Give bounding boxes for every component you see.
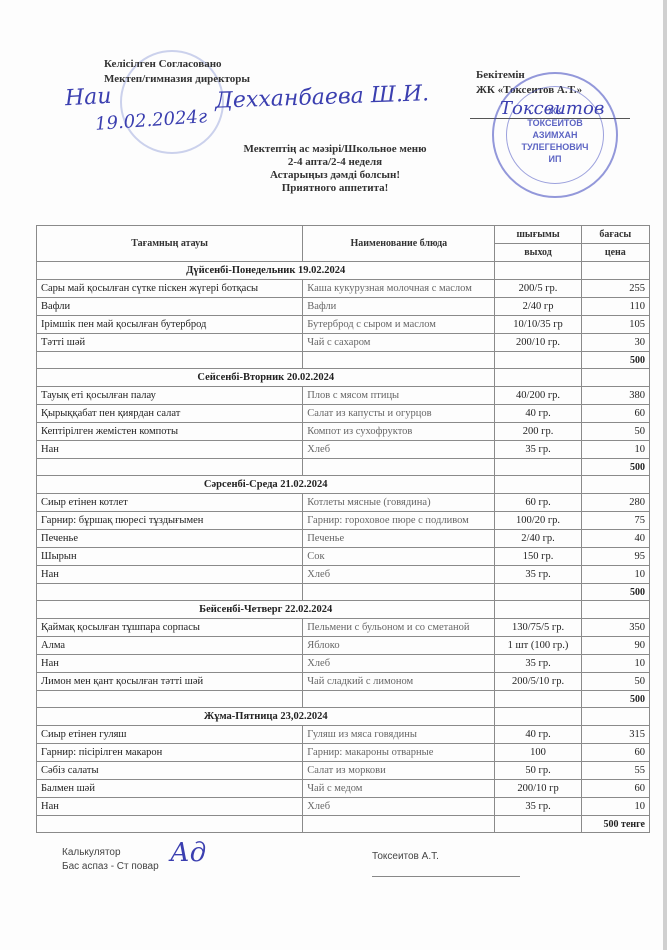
day-total-row: 500 xyxy=(37,459,650,476)
day-title: Сәрсенбі-Среда 21.02.2024 xyxy=(37,476,495,494)
table-row: Тауық еті қосылған палауПлов с мясом пти… xyxy=(37,387,650,405)
dish-name-kz: Гарнир: бұршақ пюресі тұздығымен xyxy=(37,512,303,530)
dish-name-kz: Сары май қосылған сүтке піскен жүгері бо… xyxy=(37,280,303,298)
chef-signature: Ад xyxy=(170,838,206,868)
day-header-row: Жұма-Пятница 23,02.2024 xyxy=(37,708,650,726)
table-row: Қырыққабат пен қиярдан салатСалат из кап… xyxy=(37,405,650,423)
dish-output: 40/200 гр. xyxy=(495,387,581,405)
dish-output: 200/10 гр. xyxy=(495,334,581,352)
table-row: Қаймақ қосылған тұшпара сорпасыПельмени … xyxy=(37,619,650,637)
dish-output: 10/10/35 гр xyxy=(495,316,581,334)
dish-output: 2/40 гр xyxy=(495,298,581,316)
table-row: Сиыр етінен котлетКотлеты мясные (говяди… xyxy=(37,494,650,512)
table-row: Сары май қосылған сүтке піскен жүгері бо… xyxy=(37,280,650,298)
dish-price: 105 xyxy=(581,316,649,334)
day-total-row: 500 xyxy=(37,352,650,369)
header-kz-name: Тағамның атауы xyxy=(37,226,303,262)
dish-price: 55 xyxy=(581,762,649,780)
header-price-ru: цена xyxy=(581,244,649,262)
dish-name-kz: Нан xyxy=(37,798,303,816)
dish-name-ru: Хлеб xyxy=(303,566,495,584)
scan-edge xyxy=(663,0,667,950)
dish-name-kz: Қырыққабат пен қиярдан салат xyxy=(37,405,303,423)
dish-name-ru: Котлеты мясные (говядина) xyxy=(303,494,495,512)
dish-price: 350 xyxy=(581,619,649,637)
dish-price: 280 xyxy=(581,494,649,512)
dish-name-kz: Нан xyxy=(37,655,303,673)
dish-name-kz: Ірімшік пен май қосылған бутерброд xyxy=(37,316,303,334)
table-row: Сәбіз салатыСалат из моркови50 гр.55 xyxy=(37,762,650,780)
dish-price: 60 xyxy=(581,744,649,762)
dish-name-kz: Кептірілген жемістен компоты xyxy=(37,423,303,441)
agreed-block: Келісілген Согласовано Мектеп/гимназия д… xyxy=(104,57,250,87)
dish-name-kz: Тауық еті қосылған палау xyxy=(37,387,303,405)
header-price-kz: бағасы xyxy=(581,226,649,244)
company-stamp: ЖК ТОКСЕИТОВ АЗИМХАН ТУЛЕГЕНОВИЧ ИП xyxy=(492,72,618,198)
header-output-kz: шығымы xyxy=(495,226,581,244)
table-row: НанХлеб35 гр.10 xyxy=(37,441,650,459)
day-header-row: Сейсенбі-Вторник 20.02.2024 xyxy=(37,369,650,387)
day-total-row: 500 xyxy=(37,584,650,601)
day-title: Сейсенбі-Вторник 20.02.2024 xyxy=(37,369,495,387)
approver-signature: Токсеитов xyxy=(500,98,604,119)
table-row: Гарнир: бұршақ пюресі тұздығыменГарнир: … xyxy=(37,512,650,530)
dish-price: 30 xyxy=(581,334,649,352)
dish-output: 100/20 гр. xyxy=(495,512,581,530)
dish-name-ru: Гуляш из мяса говядины xyxy=(303,726,495,744)
greeting-ru: Приятного аппетита! xyxy=(200,182,470,195)
dish-price: 50 xyxy=(581,423,649,441)
footer-name: Токсеитов А.Т. xyxy=(372,851,439,862)
agreed-label: Келісілген Согласовано xyxy=(104,57,250,72)
dish-price: 75 xyxy=(581,512,649,530)
day-total: 500 xyxy=(581,691,649,708)
dish-price: 90 xyxy=(581,637,649,655)
menu-title: Мектептің ас мәзірі/Школьное меню 2-4 ап… xyxy=(200,143,470,195)
table-row: НанХлеб35 гр.10 xyxy=(37,566,650,584)
dish-output: 200/5/10 гр. xyxy=(495,673,581,691)
dish-output: 150 гр. xyxy=(495,548,581,566)
table-row: ВафлиВафли2/40 гр110 xyxy=(37,298,650,316)
table-row: Тәтті шәйЧай с сахаром200/10 гр.30 xyxy=(37,334,650,352)
dish-output: 35 гр. xyxy=(495,441,581,459)
day-total: 500 xyxy=(581,352,649,369)
table-row: ПеченьеПеченье2/40 гр.40 xyxy=(37,530,650,548)
dish-price: 315 xyxy=(581,726,649,744)
dish-output: 35 гр. xyxy=(495,566,581,584)
dish-name-ru: Салат из капусты и огурцов xyxy=(303,405,495,423)
dish-name-kz: Вафли xyxy=(37,298,303,316)
dish-price: 10 xyxy=(581,566,649,584)
dish-output: 60 гр. xyxy=(495,494,581,512)
dish-price: 95 xyxy=(581,548,649,566)
day-total-row: 500 xyxy=(37,691,650,708)
dish-name-kz: Қаймақ қосылған тұшпара сорпасы xyxy=(37,619,303,637)
dish-price: 110 xyxy=(581,298,649,316)
dish-name-ru: Чай с сахаром xyxy=(303,334,495,352)
day-title: Жұма-Пятница 23,02.2024 xyxy=(37,708,495,726)
day-total: 500 тенге xyxy=(581,816,649,833)
calculator-label: Калькулятор xyxy=(62,846,159,860)
stamp-text: ИП xyxy=(549,153,562,165)
dish-name-kz: Лимон мен қант қосылған тәтті шәй xyxy=(37,673,303,691)
dish-name-ru: Хлеб xyxy=(303,441,495,459)
dish-name-ru: Хлеб xyxy=(303,655,495,673)
menu-table: Тағамның атауы Наименование блюда шығымы… xyxy=(36,225,650,833)
dish-output: 1 шт (100 гр.) xyxy=(495,637,581,655)
dish-name-ru: Чай сладкий с лимоном xyxy=(303,673,495,691)
dish-name-ru: Хлеб xyxy=(303,798,495,816)
dish-name-ru: Компот из сухофруктов xyxy=(303,423,495,441)
dish-name-ru: Салат из моркови xyxy=(303,762,495,780)
dish-name-kz: Алма xyxy=(37,637,303,655)
dish-price: 60 xyxy=(581,405,649,423)
table-row: ШырынСок150 гр.95 xyxy=(37,548,650,566)
day-total: 500 xyxy=(581,584,649,601)
dish-output: 130/75/5 гр. xyxy=(495,619,581,637)
table-row: Сиыр етінен гуляшГуляш из мяса говядины4… xyxy=(37,726,650,744)
stamp-text: АЗИМХАН xyxy=(532,129,577,141)
dish-output: 200 гр. xyxy=(495,423,581,441)
footer-signature-line xyxy=(372,876,520,877)
dish-price: 40 xyxy=(581,530,649,548)
dish-price: 10 xyxy=(581,798,649,816)
dish-output: 35 гр. xyxy=(495,798,581,816)
dish-name-kz: Нан xyxy=(37,566,303,584)
table-row: Кептірілген жемістен компотыКомпот из су… xyxy=(37,423,650,441)
dish-name-ru: Чай с медом xyxy=(303,780,495,798)
dish-price: 50 xyxy=(581,673,649,691)
dish-name-ru: Яблоко xyxy=(303,637,495,655)
dish-output: 100 xyxy=(495,744,581,762)
dish-output: 200/5 гр. xyxy=(495,280,581,298)
dish-output: 35 гр. xyxy=(495,655,581,673)
director-label: Мектеп/гимназия директоры xyxy=(104,72,250,87)
dish-price: 255 xyxy=(581,280,649,298)
footer-roles: Калькулятор Бас аспаз - Ст повар xyxy=(62,846,159,874)
table-row: НанХлеб35 гр.10 xyxy=(37,798,650,816)
day-total: 500 xyxy=(581,459,649,476)
table-row: АлмаЯблоко1 шт (100 гр.)90 xyxy=(37,637,650,655)
dish-name-kz: Сиыр етінен гуляш xyxy=(37,726,303,744)
director-signature: Hau xyxy=(64,84,112,111)
dish-output: 40 гр. xyxy=(495,405,581,423)
day-title: Бейсенбі-Четверг 22.02.2024 xyxy=(37,601,495,619)
table-row: Балмен шәйЧай с медом200/10 гр60 xyxy=(37,780,650,798)
day-header-row: Сәрсенбі-Среда 21.02.2024 xyxy=(37,476,650,494)
dish-price: 60 xyxy=(581,780,649,798)
dish-name-kz: Сиыр етінен котлет xyxy=(37,494,303,512)
dish-output: 40 гр. xyxy=(495,726,581,744)
dish-name-ru: Пельмени с бульоном и со сметаной xyxy=(303,619,495,637)
dish-name-ru: Вафли xyxy=(303,298,495,316)
dish-name-ru: Бутерброд с сыром и маслом xyxy=(303,316,495,334)
dish-name-kz: Балмен шәй xyxy=(37,780,303,798)
dish-output: 200/10 гр xyxy=(495,780,581,798)
dish-name-ru: Плов с мясом птицы xyxy=(303,387,495,405)
dish-price: 10 xyxy=(581,441,649,459)
day-title: Дүйсенбі-Понедельник 19.02.2024 xyxy=(37,262,495,280)
greeting-kz: Астарыңыз дәмді болсын! xyxy=(200,169,470,182)
dish-name-ru: Гарнир: макароны отварные xyxy=(303,744,495,762)
day-total-row: 500 тенге xyxy=(37,816,650,833)
dish-name-kz: Нан xyxy=(37,441,303,459)
day-header-row: Бейсенбі-Четверг 22.02.2024 xyxy=(37,601,650,619)
dish-output: 2/40 гр. xyxy=(495,530,581,548)
title-line: Мектептің ас мәзірі/Школьное меню xyxy=(200,143,470,156)
dish-price: 380 xyxy=(581,387,649,405)
table-row: НанХлеб35 гр.10 xyxy=(37,655,650,673)
dish-name-kz: Тәтті шәй xyxy=(37,334,303,352)
week-line: 2-4 апта/2-4 неделя xyxy=(200,156,470,169)
dish-name-kz: Сәбіз салаты xyxy=(37,762,303,780)
day-header-row: Дүйсенбі-Понедельник 19.02.2024 xyxy=(37,262,650,280)
header-ru-name: Наименование блюда xyxy=(303,226,495,262)
dish-name-ru: Печенье xyxy=(303,530,495,548)
stamp-text: ТУЛЕГЕНОВИЧ xyxy=(522,141,589,153)
table-row: Гарнир: пісірілген макаронГарнир: макаро… xyxy=(37,744,650,762)
table-row: Ірімшік пен май қосылған бутербродБутерб… xyxy=(37,316,650,334)
dish-name-ru: Гарнир: гороховое пюре с подливом xyxy=(303,512,495,530)
header-output-ru: выход xyxy=(495,244,581,262)
dish-output: 50 гр. xyxy=(495,762,581,780)
dish-name-ru: Сок xyxy=(303,548,495,566)
menu-body: Дүйсенбі-Понедельник 19.02.2024Сары май … xyxy=(37,262,650,833)
dish-name-ru: Каша кукурузная молочная с маслом xyxy=(303,280,495,298)
dish-name-kz: Гарнир: пісірілген макарон xyxy=(37,744,303,762)
dish-price: 10 xyxy=(581,655,649,673)
chef-label: Бас аспаз - Ст повар xyxy=(62,860,159,874)
dish-name-kz: Шырын xyxy=(37,548,303,566)
dish-name-kz: Печенье xyxy=(37,530,303,548)
table-row: Лимон мен қант қосылған тәтті шәйЧай сла… xyxy=(37,673,650,691)
